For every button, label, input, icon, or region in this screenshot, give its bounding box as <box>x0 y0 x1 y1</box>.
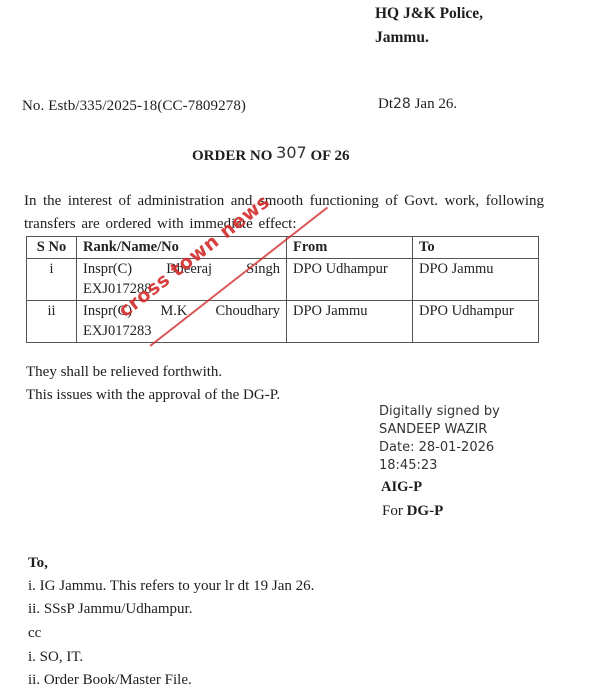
intro-paragraph: In the interest of administration and sm… <box>24 190 544 236</box>
personnel-number: EXJ017288 <box>83 279 280 299</box>
cc-item: i. SO, IT. <box>28 649 83 666</box>
office-name: HQ J&K Police, <box>375 2 483 26</box>
cell-sno: i <box>27 259 77 301</box>
date-day-handwritten: 28 <box>393 96 411 112</box>
table-row: i Inspr(C)DheerajSingh EXJ017288 DPO Udh… <box>27 259 539 301</box>
approval-statement: This issues with the approval of the DG-… <box>26 387 280 404</box>
date-prefix: Dt <box>378 96 393 112</box>
for-office: DG-P <box>407 503 444 519</box>
signer-designation: AIG-P <box>381 479 422 496</box>
cc-label: cc <box>28 625 41 642</box>
name-last: Choudhary <box>216 301 280 321</box>
cell-from: DPO Jammu <box>287 301 413 343</box>
signer-name: SANDEEP WAZIR <box>379 421 500 439</box>
cc-item: ii. Order Book/Master File. <box>28 672 192 689</box>
order-title: ORDER NO 307 OF 26 <box>192 145 350 165</box>
digital-signature: Digitally signed by SANDEEP WAZIR Date: … <box>379 403 500 475</box>
for-prefix: For <box>382 503 407 519</box>
to-item: ii. SSsP Jammu/Udhampur. <box>28 601 192 618</box>
order-date: Dt28 Jan 26. <box>378 96 457 113</box>
relieve-statement: They shall be relieved forthwith. <box>26 364 222 381</box>
rank: Inspr(C) <box>83 259 132 279</box>
signature-date: Date: 28-01-2026 <box>379 439 500 457</box>
col-sno-header: S No <box>27 237 77 259</box>
cell-sno: ii <box>27 301 77 343</box>
personnel-number: EXJ017283 <box>83 321 280 341</box>
date-rest: Jan 26. <box>411 96 457 112</box>
cell-to: DPO Udhampur <box>413 301 539 343</box>
issuing-office: HQ J&K Police, Jammu. <box>375 2 483 50</box>
order-prefix: ORDER NO <box>192 148 276 164</box>
col-to-header: To <box>413 237 539 259</box>
col-from-header: From <box>287 237 413 259</box>
signature-label: Digitally signed by <box>379 403 500 421</box>
signature-time: 18:45:23 <box>379 457 500 475</box>
office-city: Jammu. <box>375 26 483 50</box>
signed-for: For DG-P <box>382 503 443 520</box>
order-suffix: OF 26 <box>307 148 350 164</box>
order-number-handwritten: 307 <box>276 143 307 162</box>
to-item: i. IG Jammu. This refers to your lr dt 1… <box>28 578 314 595</box>
name-last: Singh <box>246 259 280 279</box>
reference-number: No. Estb/335/2025-18(CC-7809278) <box>22 98 246 115</box>
cell-from: DPO Udhampur <box>287 259 413 301</box>
cell-to: DPO Jammu <box>413 259 539 301</box>
transfer-table: S No Rank/Name/No From To i Inspr(C)Dhee… <box>26 236 539 343</box>
to-label: To, <box>28 555 48 572</box>
table-row: ii Inspr(C)M.KChoudhary EXJ017283 DPO Ja… <box>27 301 539 343</box>
